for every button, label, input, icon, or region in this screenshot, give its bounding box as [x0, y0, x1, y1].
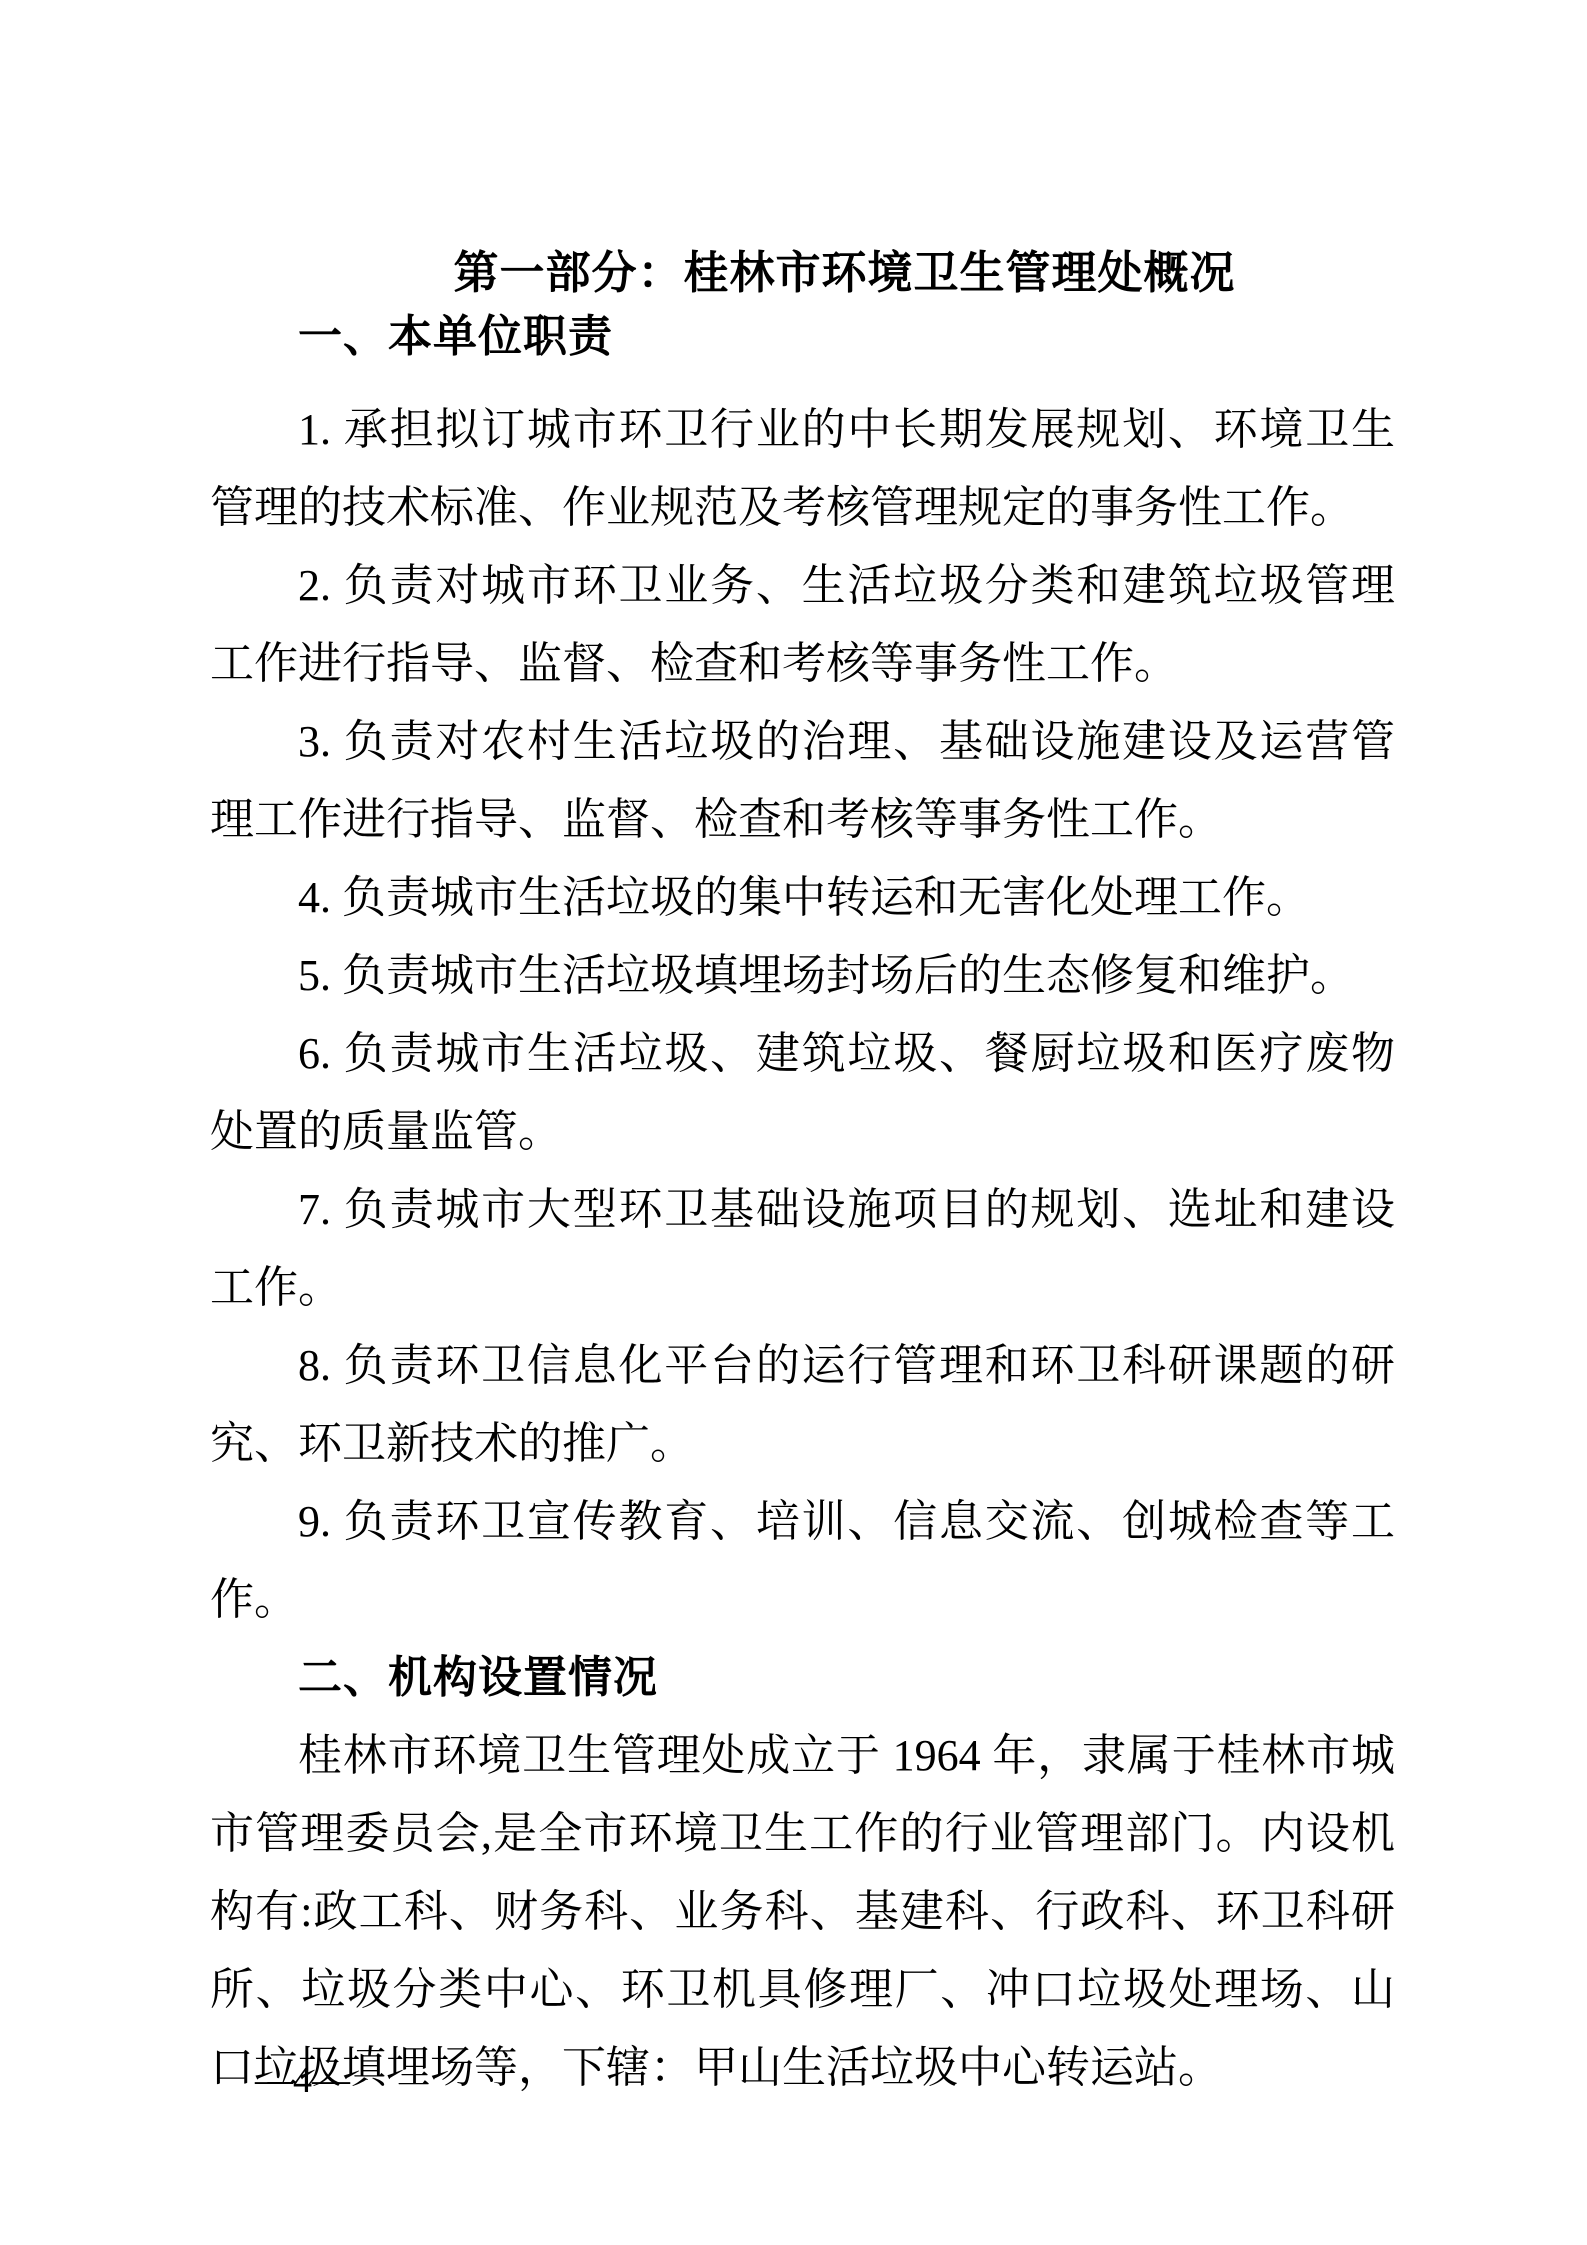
duty-item-7: 7. 负责城市大型环卫基础设施项目的规划、选址和建设工作。: [210, 1171, 1395, 1327]
duty-item-3: 3. 负责对农村生活垃圾的治理、基础设施建设及运营管理工作进行指导、监督、检查和…: [210, 703, 1395, 859]
duty-item-5: 5. 负责城市生活垃圾填埋场封场后的生态修复和维护。: [210, 937, 1395, 1015]
duty-item-4: 4. 负责城市生活垃圾的集中转运和无害化处理工作。: [210, 859, 1395, 937]
section-heading-organization: 二、机构设置情况: [210, 1639, 1395, 1717]
organization-paragraph: 桂林市环境卫生管理处成立于 1964 年，隶属于桂林市城市管理委员会,是全市环境…: [210, 1717, 1395, 2107]
duty-item-8: 8. 负责环卫信息化平台的运行管理和环卫科研课题的研究、环卫新技术的推广。: [210, 1327, 1395, 1483]
document-page: 第一部分：桂林市环境卫生管理处概况 一、本单位职责 1. 承担拟订城市环卫行业的…: [0, 0, 1587, 2245]
document-content: 第一部分：桂林市环境卫生管理处概况 一、本单位职责 1. 承担拟订城市环卫行业的…: [0, 0, 1587, 2107]
duty-item-1: 1. 承担拟订城市环卫行业的中长期发展规划、环境卫生管理的技术标准、作业规范及考…: [210, 391, 1395, 547]
duty-item-2: 2. 负责对城市环卫业务、生活垃圾分类和建筑垃圾管理工作进行指导、监督、检查和考…: [210, 547, 1395, 703]
duty-item-6: 6. 负责城市生活垃圾、建筑垃圾、餐厨垃圾和医疗废物处置的质量监管。: [210, 1015, 1395, 1171]
page-number: —4—: [255, 2056, 350, 2104]
duty-item-9: 9. 负责环卫宣传教育、培训、信息交流、创城检查等工作。: [210, 1483, 1395, 1639]
